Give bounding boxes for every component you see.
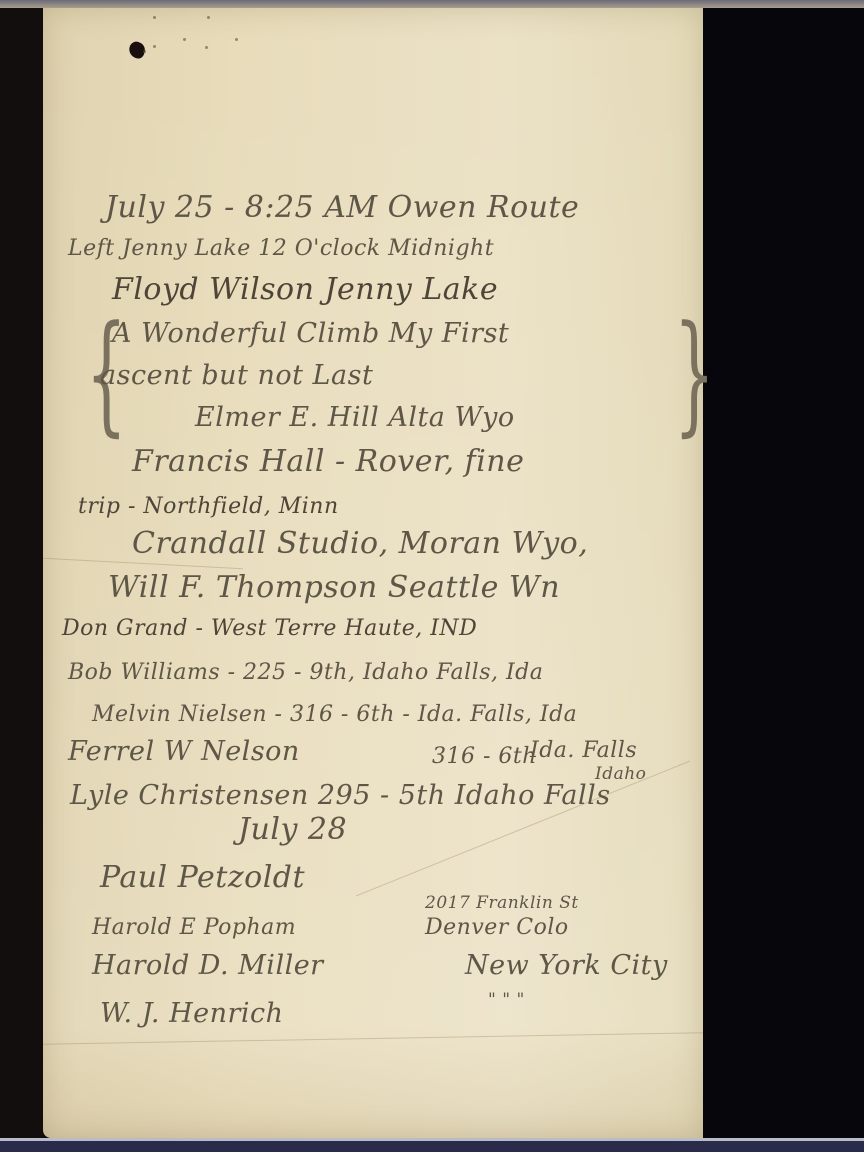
entry-melvin-nielsen: Melvin Nielsen - 316 - 6th - Ida. Falls,… xyxy=(92,702,577,727)
entry-wonderful-climb: A Wonderful Climb My First xyxy=(112,318,509,349)
pinprick xyxy=(205,46,208,49)
pinprick xyxy=(183,38,186,41)
entry-ferrel-nelson-address: 316 - 6th xyxy=(432,744,537,769)
entry-harold-miller-city: New York City xyxy=(465,950,668,981)
entry-date-time: July 25 - 8:25 AM Owen Route xyxy=(105,190,579,225)
pinprick xyxy=(153,16,156,19)
entry-left-jenny-lake: Left Jenny Lake 12 O'clock Midnight xyxy=(68,236,494,261)
entry-wj-henrich-ditto: " " " xyxy=(488,990,525,1010)
entry-lyle-christensen: Lyle Christensen 295 - 5th Idaho Falls xyxy=(70,780,611,811)
right-brace-mark: } xyxy=(674,308,715,438)
entry-floyd-wilson: Floyd Wilson Jenny Lake xyxy=(112,272,498,307)
entry-bob-williams: Bob Williams - 225 - 9th, Idaho Falls, I… xyxy=(68,660,543,685)
frame-top-edge xyxy=(0,0,864,8)
entry-first-ascent: ascent but not Last xyxy=(100,360,373,391)
entry-wj-henrich-name: W. J. Henrich xyxy=(100,998,284,1029)
entry-don-grand: Don Grand - West Terre Haute, IND xyxy=(62,616,477,641)
pinprick xyxy=(235,38,238,41)
entry-ferrel-nelson-name: Ferrel W Nelson xyxy=(68,736,300,767)
entry-northfield: trip - Northfield, Minn xyxy=(78,494,339,519)
entry-elmer-hill: Elmer E. Hill Alta Wyo xyxy=(195,402,515,433)
pinprick xyxy=(207,16,210,19)
entry-popham-name: Harold E Popham xyxy=(92,915,296,940)
pinprick xyxy=(153,45,156,48)
entry-harold-miller-name: Harold D. Miller xyxy=(92,950,324,981)
entry-popham-city: Denver Colo xyxy=(425,915,569,940)
entry-date-july-28: July 28 xyxy=(238,812,347,847)
entry-ferrel-nelson-city: Ida. Falls xyxy=(530,738,637,763)
right-background xyxy=(703,8,864,1138)
pinprick xyxy=(143,50,146,53)
frame-bottom-edge xyxy=(0,1138,864,1152)
entry-will-thompson: Will F. Thompson Seattle Wn xyxy=(108,570,560,605)
paper-crease xyxy=(43,1032,703,1045)
entry-francis-hall: Francis Hall - Rover, fine xyxy=(132,444,524,479)
entry-crandall-studio: Crandall Studio, Moran Wyo, xyxy=(132,526,588,561)
entry-paul-petzoldt: Paul Petzoldt xyxy=(100,860,305,895)
left-background xyxy=(0,8,43,1138)
entry-popham-address: 2017 Franklin St xyxy=(425,893,579,913)
